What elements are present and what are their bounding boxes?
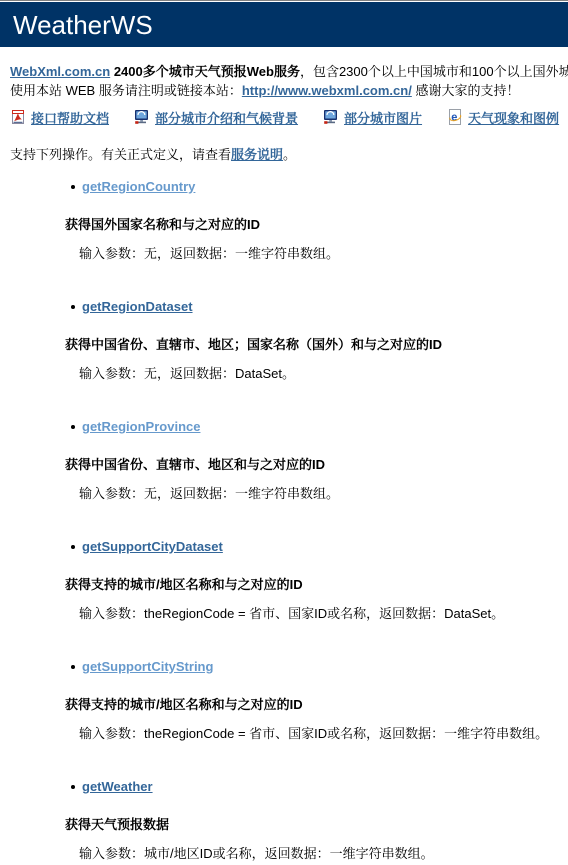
operation-params: 输入参数：theRegionCode = 省市、国家ID或名称，返回数据：Dat… [79,606,568,622]
resource-weather-legend-link[interactable]: 天气现象和图例 [468,108,559,127]
operation-link-row: getRegionDataset [0,299,568,315]
resource-weather-legend[interactable]: e 天气现象和图例 [447,108,559,127]
pdf-document-icon [10,109,26,125]
intro-line-1: WebXml.com.cn 2400多个城市天气预报Web服务，包含2300个以… [10,62,568,81]
resource-city-intro-link[interactable]: 部分城市介绍和气候背景 [155,108,298,127]
content: WebXml.com.cn 2400多个城市天气预报Web服务，包含2300个以… [0,62,568,862]
operation-params: 输入参数：无，返回数据：一维字符串数组。 [79,486,568,502]
operation-link-row: getSupportCityString [0,659,568,675]
page-header: WeatherWS [0,2,568,47]
operation-description: 获得国外国家名称和与之对应的ID [65,217,568,233]
intro-line2-suffix: 感谢大家的支持！ [412,83,520,98]
operation-link-row: getRegionProvince [0,419,568,435]
operation-link[interactable]: getSupportCityString [82,659,213,674]
operation-link[interactable]: getWeather [82,779,153,794]
resource-links-row: 接口帮助文档 部分城市介绍和气候背景 [10,108,568,126]
resource-city-photos[interactable]: 部分城市图片 [323,108,422,127]
operation-description: 获得支持的城市/地区名称和与之对应的ID [65,577,568,593]
operation-get-support-city-dataset: getSupportCityDataset 获得支持的城市/地区名称和与之对应的… [0,539,568,622]
operation-description: 获得中国省份、直辖市、地区和与之对应的ID [65,457,568,473]
operation-description: 获得支持的城市/地区名称和与之对应的ID [65,697,568,713]
operation-link-row: getRegionCountry [0,179,568,195]
resource-city-intro[interactable]: 部分城市介绍和气候背景 [134,108,298,127]
operations-list: getRegionCountry 获得国外国家名称和与之对应的ID 输入参数：无… [0,179,568,862]
operation-link-row: getSupportCityDataset [0,539,568,555]
operation-get-support-city-string: getSupportCityString 获得支持的城市/地区名称和与之对应的I… [0,659,568,742]
intro-headline: 2400多个城市天气预报Web服务 [114,64,300,79]
operation-link[interactable]: getSupportCityDataset [82,539,223,554]
operation-params: 输入参数：城市/地区ID或名称，返回数据：一维字符串数组。 [79,846,568,862]
operation-link[interactable]: getRegionDataset [82,299,193,314]
operation-link[interactable]: getRegionProvince [82,419,200,434]
operation-description: 获得中国省份、直辖市、地区；国家名称（国外）和与之对应的ID [65,337,568,353]
resource-city-photos-link[interactable]: 部分城市图片 [344,108,422,127]
operation-get-region-dataset: getRegionDataset 获得中国省份、直辖市、地区；国家名称（国外）和… [0,299,568,382]
intro-line-2: 使用本站 WEB 服务请注明或链接本站：http://www.webxml.co… [10,81,568,100]
service-description-link[interactable]: 服务说明 [231,147,283,162]
operation-get-region-province: getRegionProvince 获得中国省份、直辖市、地区和与之对应的ID … [0,419,568,502]
operation-get-weather: getWeather 获得天气预报数据 输入参数：城市/地区ID或名称，返回数据… [0,779,568,862]
operation-params: 输入参数：无，返回数据：DataSet。 [79,366,568,382]
page-title: WeatherWS [13,10,153,40]
webxml-site-link[interactable]: WebXml.com.cn [10,64,110,79]
operation-params: 输入参数：theRegionCode = 省市、国家ID或名称，返回数据：一维字… [79,726,568,742]
operation-link[interactable]: getRegionCountry [82,179,195,194]
operations-intro-prefix: 支持下列操作。有关正式定义，请查看 [10,147,231,162]
ie-page-icon: e [447,109,463,125]
intro-paragraph: WebXml.com.cn 2400多个城市天气预报Web服务，包含2300个以… [10,62,568,100]
resource-help-doc[interactable]: 接口帮助文档 [10,108,109,127]
operation-get-region-country: getRegionCountry 获得国外国家名称和与之对应的ID 输入参数：无… [0,179,568,262]
monitor-icon [134,109,150,125]
operation-link-row: getWeather [0,779,568,795]
operations-intro: 支持下列操作。有关正式定义，请查看服务说明。 [10,147,568,163]
intro-headline-rest: ，包含2300个以上中国城市和100个以上国外城 [300,64,568,79]
operation-params: 输入参数：无，返回数据：一维字符串数组。 [79,246,568,262]
intro-line2-prefix: 使用本站 WEB 服务请注明或链接本站： [10,83,242,98]
operations-intro-suffix: 。 [283,147,296,162]
webxml-url-link[interactable]: http://www.webxml.com.cn/ [242,83,412,98]
resource-help-doc-link[interactable]: 接口帮助文档 [31,108,109,127]
svg-text:e: e [451,112,457,124]
monitor-icon [323,109,339,125]
operation-description: 获得天气预报数据 [65,817,568,833]
